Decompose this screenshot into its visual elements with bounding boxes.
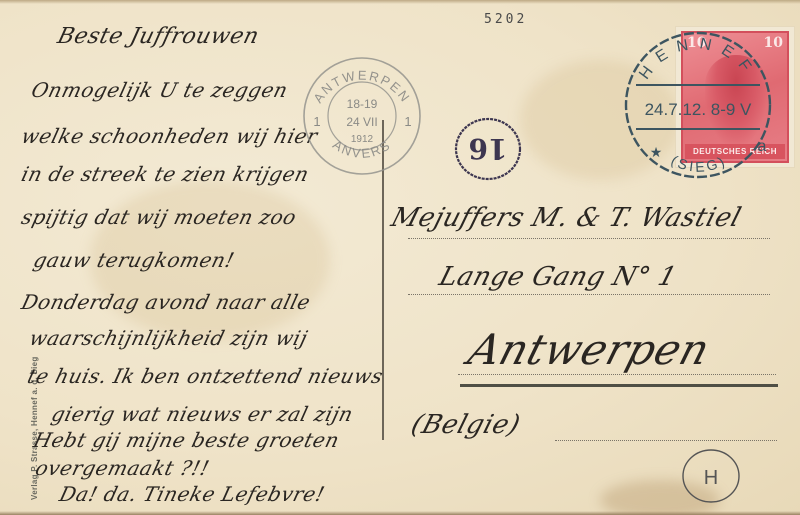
address-country: (Belgie): [408, 410, 524, 440]
postmark-side-left: 1: [313, 114, 320, 129]
address-recipient: Mejuffers M. & T. Wastiel: [388, 203, 745, 233]
svg-text:(SIEG): (SIEG): [669, 152, 730, 175]
message-line: overgemaakt ?!!: [33, 456, 212, 480]
message-line: Onmogelijk U te zeggen: [29, 78, 291, 102]
address-guideline: [458, 374, 776, 375]
message-line: welke schoonheden wij hier: [19, 124, 320, 148]
message-line: Beste Juffrouwen: [55, 24, 262, 49]
address-guideline: [408, 238, 770, 239]
message-line: Da! da. Tineke Lefebvre!: [57, 482, 327, 506]
postmark-year: 1912: [351, 134, 374, 145]
handstamp-letter: H: [704, 467, 718, 489]
postmark-antwerpen: ANTWERPEN ANVERS 18-19 24 VII 1912 1 1: [297, 50, 427, 180]
postmark-side-right: 1: [404, 114, 411, 129]
censor-mark: 16: [452, 115, 524, 183]
message-line: in de streek te zien krijgen: [19, 162, 312, 186]
message-line: gierig wat nieuws er zal zijn: [49, 402, 356, 426]
address-guideline: [555, 440, 777, 441]
postmark-top-text: HENNEF: [636, 35, 760, 83]
message-line: spijtig dat wij moeten zoo: [19, 205, 299, 229]
star-icon: ★: [650, 144, 663, 160]
postmark-suffix: a: [758, 138, 767, 155]
reference-number: 5202: [484, 12, 527, 27]
message-line: waarschijnlijkheid zijn wij: [27, 326, 310, 350]
postmark-date: 24 VII: [346, 115, 377, 129]
postmark-date: 24.7.12. 8-9 V: [645, 100, 752, 119]
postcard-back: 5202 Verlag P. Strasse, Hennef a. d. Sie…: [0, 0, 800, 515]
postmark-bottom-text: (SIEG): [669, 152, 730, 175]
censor-number: 16: [469, 132, 508, 165]
address-street: Lange Gang N° 1: [436, 262, 680, 292]
svg-text:HENNEF: HENNEF: [636, 35, 760, 83]
postmark-time: 18-19: [347, 97, 378, 111]
message-line: Donderdag avond naar alle: [19, 290, 313, 314]
message-line: Hebt gij mijne beste groeten: [31, 428, 342, 452]
card-edge-bottom: [0, 511, 800, 515]
address-underline: [460, 384, 778, 387]
handstamp-h-mark: H: [680, 447, 742, 505]
card-edge-top: [0, 0, 800, 4]
postmark-hennef: HENNEF 24.7.12. 8-9 V ★ (SIEG) a: [612, 25, 787, 185]
address-guideline: [408, 294, 770, 295]
message-line: te huis. Ik ben ontzettend nieuws: [25, 364, 386, 388]
address-city: Antwerpen: [463, 325, 715, 374]
message-line: gauw terugkomen!: [31, 248, 237, 272]
